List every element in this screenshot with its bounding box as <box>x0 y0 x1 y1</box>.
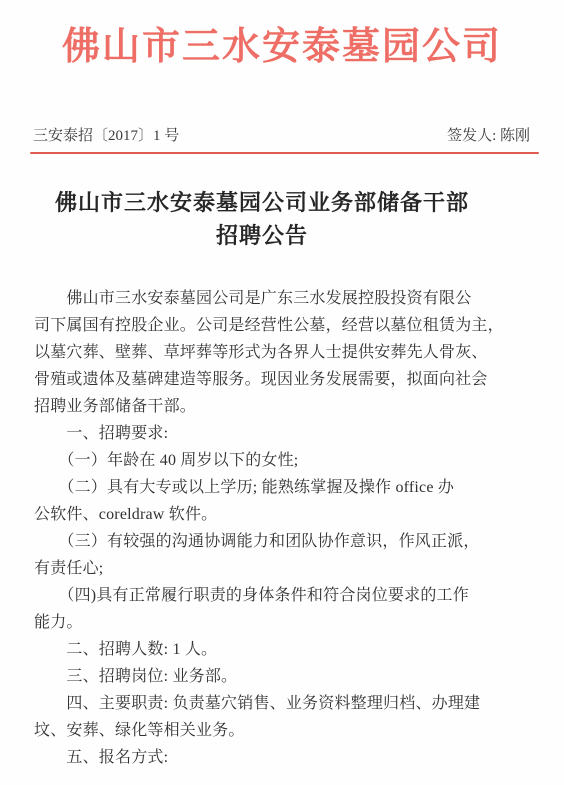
body-line: 有责任心; <box>34 555 514 582</box>
body-line: 一、招聘要求: <box>34 420 514 447</box>
doc-number: 三安泰招〔2017〕1 号 <box>33 125 179 147</box>
body-line: 四、主要职责: 负责墓穴销售、业务资料整理归档、办理建 <box>34 690 514 717</box>
title-line-2: 招聘公告 <box>216 223 308 248</box>
body-line: （四)具有正常履行职责的身体条件和符合岗位要求的工作 <box>34 582 514 609</box>
body-line: 能力。 <box>34 609 514 636</box>
body-line: 坟、安葬、绿化等相关业务。 <box>34 717 514 744</box>
body-line: 佛山市三水安泰墓园公司是广东三水发展控股投资有限公 <box>34 285 514 312</box>
document-page: 佛山市三水安泰墓园公司 三安泰招〔2017〕1 号 签发人: 陈刚 佛山市三水安… <box>0 0 564 785</box>
body-line: （二）具有大专或以上学历; 能熟练掌握及操作 office 办 <box>34 474 514 501</box>
body-line: 司下属国有控股企业。公司是经营性公墓，经营以墓位租赁为主， <box>34 312 514 339</box>
body-line: （三）有较强的沟通协调能力和团队协作意识，作风正派， <box>34 528 514 555</box>
document-title: 佛山市三水安泰墓园公司业务部储备干部招聘公告 <box>0 186 524 252</box>
title-line-1: 佛山市三水安泰墓园公司业务部储备干部 <box>55 190 469 215</box>
body-line: 以墓穴葬、壁葬、草坪葬等形式为各界人士提供安葬先人骨灰、 <box>34 339 514 366</box>
body-line: 五、报名方式: <box>34 744 514 771</box>
body-line: 骨殖或遗体及墓碑建造等服务。现因业务发展需要，拟面向社会 <box>34 366 514 393</box>
body-line: 三、招聘岗位: 业务部。 <box>34 663 514 690</box>
red-divider-line <box>30 152 539 154</box>
body-line: 二、招聘人数: 1 人。 <box>34 636 514 663</box>
body-line: 公软件、coreldraw 软件。 <box>34 501 514 528</box>
doc-meta-row: 三安泰招〔2017〕1 号 签发人: 陈刚 <box>33 125 530 147</box>
org-name-header: 佛山市三水安泰墓园公司 <box>0 0 564 73</box>
issuer-label: 签发人: 陈刚 <box>447 125 530 147</box>
body-line: 招聘业务部储备干部。 <box>34 393 514 420</box>
body-line: （一）年龄在 40 周岁以下的女性; <box>34 447 514 474</box>
body-text: 佛山市三水安泰墓园公司是广东三水发展控股投资有限公司下属国有控股企业。公司是经营… <box>34 285 514 771</box>
